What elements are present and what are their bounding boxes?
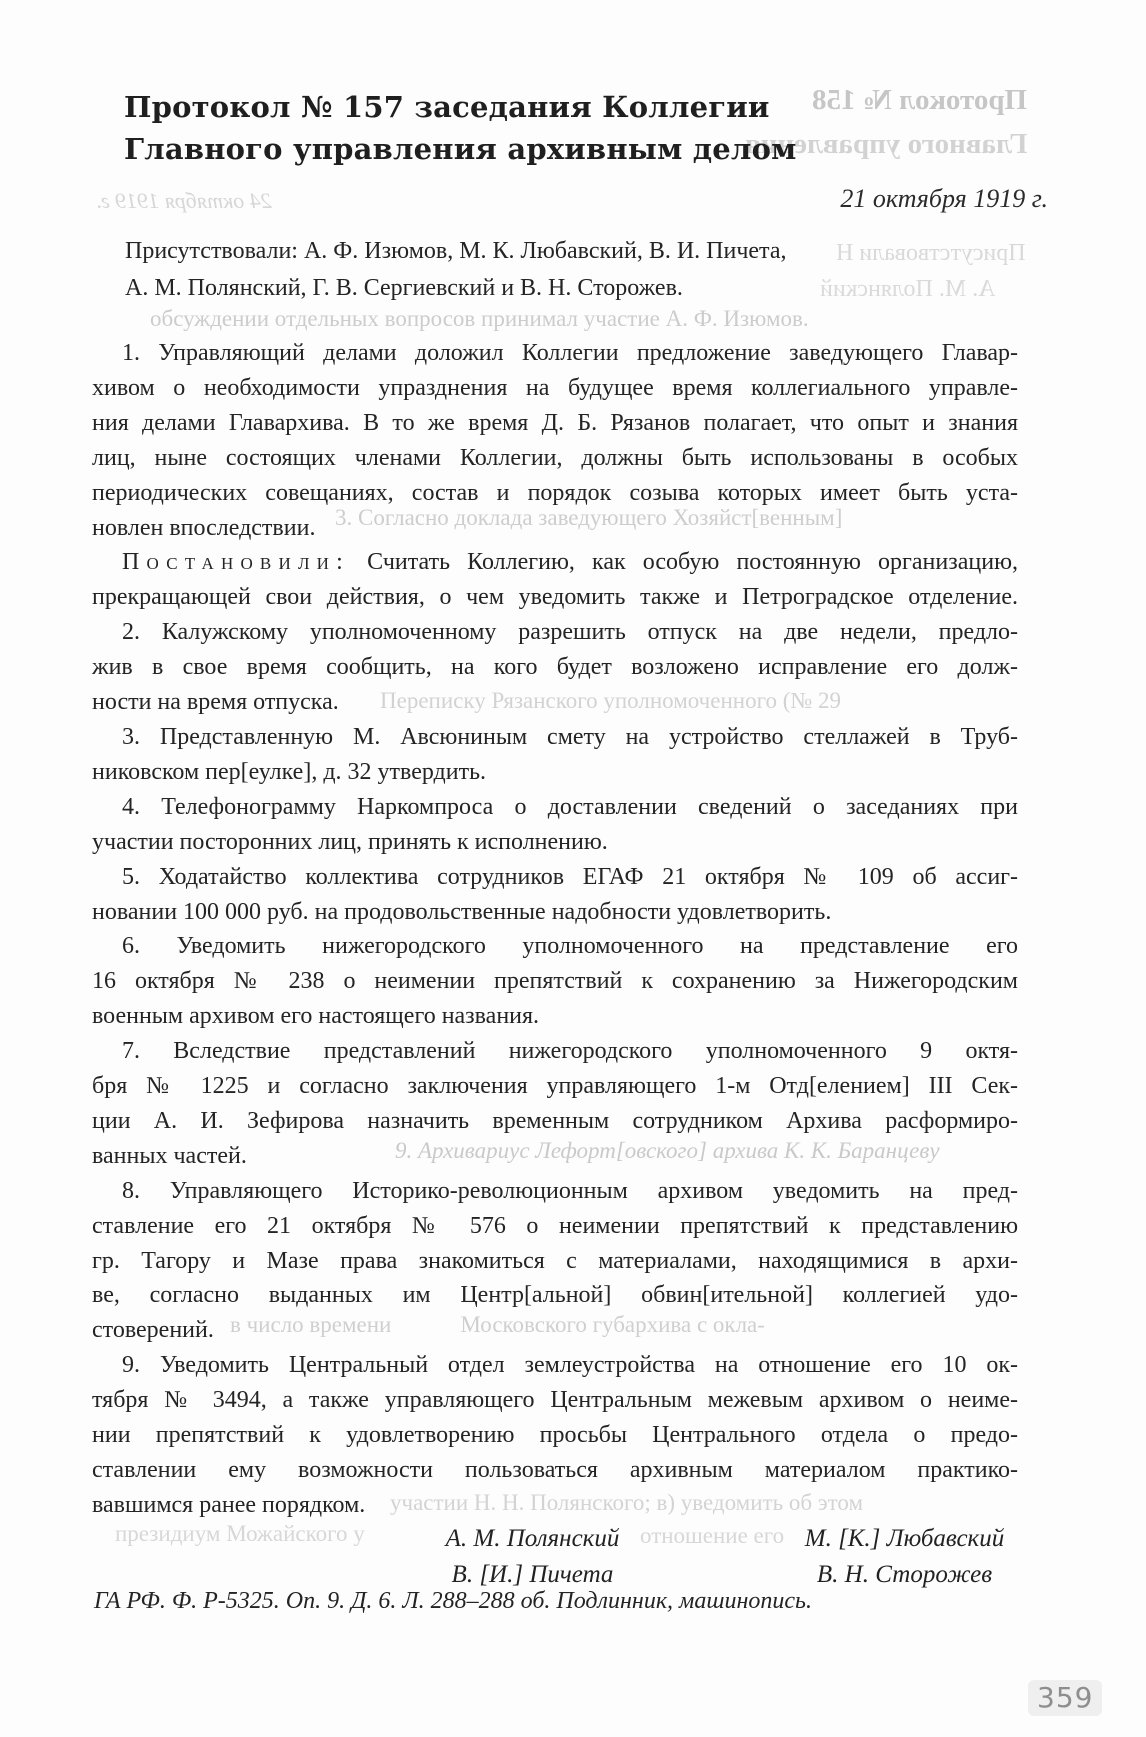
- text-line: военным архивом его настоящего названия.: [92, 999, 1018, 1034]
- paragraph: Постановили: Считать Коллегию, как особу…: [92, 545, 1018, 615]
- paragraph: 8. Управляющего Историко-революционным а…: [92, 1174, 1018, 1349]
- page-title: Протокол № 157 заседания Коллегии Главно…: [124, 86, 797, 170]
- text-line: периодических совещаниях, состав и поряд…: [92, 476, 1018, 511]
- text-line: никовском пер[еулке], д. 32 утвердить.: [92, 755, 1018, 790]
- text-line: 2. Калужскому уполномоченному разрешить …: [92, 615, 1018, 650]
- attendees-block: Присутствовали: А. Ф. Изюмов, М. К. Люба…: [125, 233, 787, 307]
- text-line: тября № 3494, а также управляющего Центр…: [92, 1383, 1018, 1418]
- text-line: жив в свое время сообщить, на кого будет…: [92, 650, 1018, 685]
- text-line: ванных частей.: [92, 1139, 1018, 1174]
- signature-column-left: А. М. Полянский В. [И.] Пичета: [425, 1521, 640, 1593]
- text-line: хивом о необходимости упразднения на буд…: [92, 371, 1018, 406]
- text-line: ставление его 21 октября № 576 о неимени…: [92, 1209, 1018, 1244]
- text-line: 9. Уведомить Центральный отдел землеустр…: [92, 1348, 1018, 1383]
- text-line: ности на время отпуска.: [92, 685, 1018, 720]
- text-line: нии препятствий к удовлетворению просьбы…: [92, 1418, 1018, 1453]
- text-line: новании 100 000 руб. на продовольственны…: [92, 895, 1018, 930]
- attendees-line-2: А. М. Полянский, Г. В. Сергиевский и В. …: [125, 270, 787, 307]
- paragraph: 7. Вследствие представлений нижегородско…: [92, 1034, 1018, 1174]
- paragraph: 9. Уведомить Центральный отдел землеустр…: [92, 1348, 1018, 1523]
- paragraph: 2. Калужскому уполномоченному разрешить …: [92, 615, 1018, 720]
- text-line: вавшимся ранее порядком.: [92, 1488, 1018, 1523]
- text-line: 3. Представленную М. Авсюниным смету на …: [92, 720, 1018, 755]
- attendees-line-1: Присутствовали: А. Ф. Изюмов, М. К. Люба…: [125, 233, 787, 270]
- document-date: 21 октября 1919 г.: [840, 184, 1048, 214]
- signature-column-right: М. [К.] Любавский В. Н. Сторожев: [772, 1521, 1037, 1593]
- text-line: новлен впоследствии.: [92, 511, 1018, 546]
- text-line: 6. Уведомить нижегородского уполномоченн…: [92, 929, 1018, 964]
- text-line: ставлении ему возможности пользоваться а…: [92, 1453, 1018, 1488]
- page-number: 359: [1028, 1680, 1102, 1716]
- text-line: Постановили: Считать Коллегию, как особу…: [92, 545, 1018, 580]
- text-line: лиц, ныне состоящих членами Коллегии, до…: [92, 441, 1018, 476]
- text-line: ции А. И. Зефирова назначить временным с…: [92, 1104, 1018, 1139]
- paragraph: 4. Телефонограмму Наркомпроса о доставле…: [92, 790, 1018, 860]
- text-line: 7. Вследствие представлений нижегородско…: [92, 1034, 1018, 1069]
- text-line: ве, согласно выданных им Центр[альной] о…: [92, 1278, 1018, 1313]
- text-line: бря № 1225 и согласно заключения управля…: [92, 1069, 1018, 1104]
- resolution-label: Постановили:: [122, 549, 350, 575]
- source-citation: ГА РФ. Ф. Р-5325. Оп. 9. Д. 6. Л. 288–28…: [94, 1588, 812, 1615]
- text-line: гр. Тагору и Мазе права знакомиться с ма…: [92, 1244, 1018, 1279]
- text-line: прекращающей свои действия, о чем уведом…: [92, 580, 1018, 615]
- text-line: ния делами Главархива. В то же время Д. …: [92, 406, 1018, 441]
- document-content: Протокол № 157 заседания Коллегии Главно…: [0, 0, 1146, 1737]
- paragraph: 3. Представленную М. Авсюниным смету на …: [92, 720, 1018, 790]
- title-line-2: Главного управления архивным делом: [124, 128, 797, 170]
- text-line: стоверений.: [92, 1313, 1018, 1348]
- text-line: 8. Управляющего Историко-революционным а…: [92, 1174, 1018, 1209]
- paragraph: 5. Ходатайство коллектива сотрудников ЕГ…: [92, 860, 1018, 930]
- signature: А. М. Полянский: [425, 1521, 640, 1557]
- paragraph: 6. Уведомить нижегородского уполномоченн…: [92, 929, 1018, 1034]
- text-line: 5. Ходатайство коллектива сотрудников ЕГ…: [92, 860, 1018, 895]
- title-line-1: Протокол № 157 заседания Коллегии: [124, 86, 797, 128]
- document-body: 1. Управляющий делами доложил Коллегии п…: [92, 336, 1018, 1523]
- signature: М. [К.] Любавский: [772, 1521, 1037, 1557]
- paragraph: 1. Управляющий делами доложил Коллегии п…: [92, 336, 1018, 545]
- text-line: 4. Телефонограмму Наркомпроса о доставле…: [92, 790, 1018, 825]
- document-page: Протокол № 158Главного управления24 октя…: [0, 0, 1146, 1737]
- text-line: участии посторонних лиц, принять к испол…: [92, 825, 1018, 860]
- text-line: 1. Управляющий делами доложил Коллегии п…: [92, 336, 1018, 371]
- text-line: 16 октября № 238 о неимении препятствий …: [92, 964, 1018, 999]
